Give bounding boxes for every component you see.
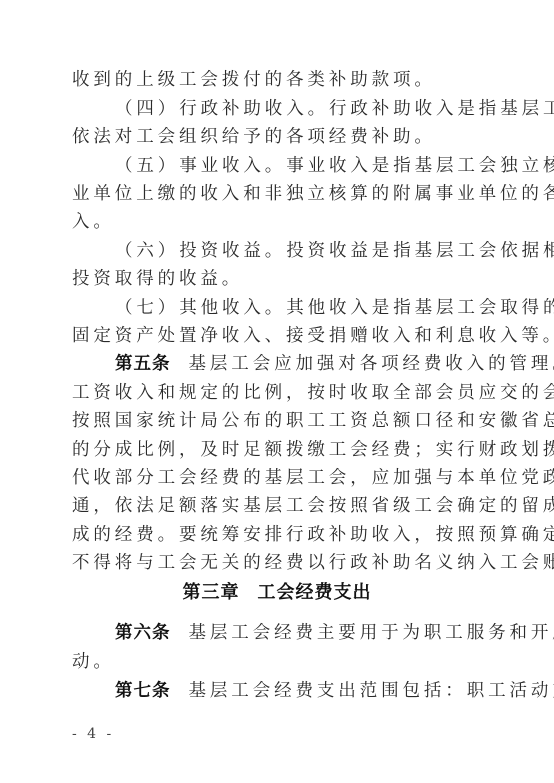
article-label: 第五条 (115, 354, 171, 374)
paragraph-line: 固定资产处置净收入、接受捐赠收入和利息收入等。 (72, 322, 484, 350)
paragraph-line: 依法对工会组织给予的各项经费补助。 (72, 123, 484, 151)
paragraph-line: 按照国家统计局公布的职工工资总额口径和安徽省总工会规定 (72, 407, 484, 435)
paragraph-line: 动。 (72, 648, 484, 676)
article-5-first-line: 第五条基层工会应加强对各项经费收入的管理。按照会员 (72, 350, 484, 378)
paragraph-line: 收到的上级工会拨付的各类补助款项。 (72, 66, 484, 94)
paragraph-text: 基层工会应加强对各项经费收入的管理。按照会员 (189, 354, 554, 374)
paragraph-line: （六）投资收益。投资收益是指基层工会依据相关规定对外 (72, 237, 484, 265)
paragraph-line: （四）行政补助收入。行政补助收入是指基层工会所在单位 (72, 95, 484, 123)
paragraph-line: （七）其他收入。其他收入是指基层工会取得的资产盘盈、 (72, 294, 484, 322)
paragraph-line: 不得将与工会无关的经费以行政补助名义纳入工会账户管理。 (72, 549, 484, 577)
chapter-number: 第三章 (183, 582, 240, 603)
article-label: 第六条 (115, 623, 171, 643)
paragraph-text: 基层工会经费支出范围包括：职工活动支出、维权 (189, 681, 554, 701)
page-number: - 4 - (72, 726, 114, 742)
paragraph-line: 业单位上缴的收入和非独立核算的附属事业单位的各项事业收 (72, 180, 484, 208)
paragraph-text: 基层工会经费主要用于为职工服务和开展工会活 (189, 623, 554, 643)
paragraph-line: 代收部分工会经费的基层工会，应加强与本单位党政部门的沟 (72, 464, 484, 492)
paragraph-line: 通，依法足额落实基层工会按照省级工会确定的留成比例应当留 (72, 492, 484, 520)
paragraph-line: 的分成比例，及时足额拨缴工会经费；实行财政划拨或委托税务 (72, 436, 484, 464)
article-7-first-line: 第七条基层工会经费支出范围包括：职工活动支出、维权 (72, 677, 484, 705)
paragraph-line: 工资收入和规定的比例，按时收取全部会员应交的会费。要严格 (72, 379, 484, 407)
chapter-title: 工会经费支出 (258, 582, 372, 603)
article-6-first-line: 第六条基层工会经费主要用于为职工服务和开展工会活 (72, 619, 484, 647)
paragraph-line: 成的经费。要统筹安排行政补助收入，按照预算确定的用途开支， (72, 521, 484, 549)
chapter-heading: 第三章工会经费支出 (0, 578, 554, 604)
paragraph-line: 入。 (72, 208, 484, 236)
paragraph-line: 投资取得的收益。 (72, 265, 484, 293)
article-label: 第七条 (115, 681, 171, 701)
paragraph-line: （五）事业收入。事业收入是指基层工会独立核算的所属事 (72, 152, 484, 180)
